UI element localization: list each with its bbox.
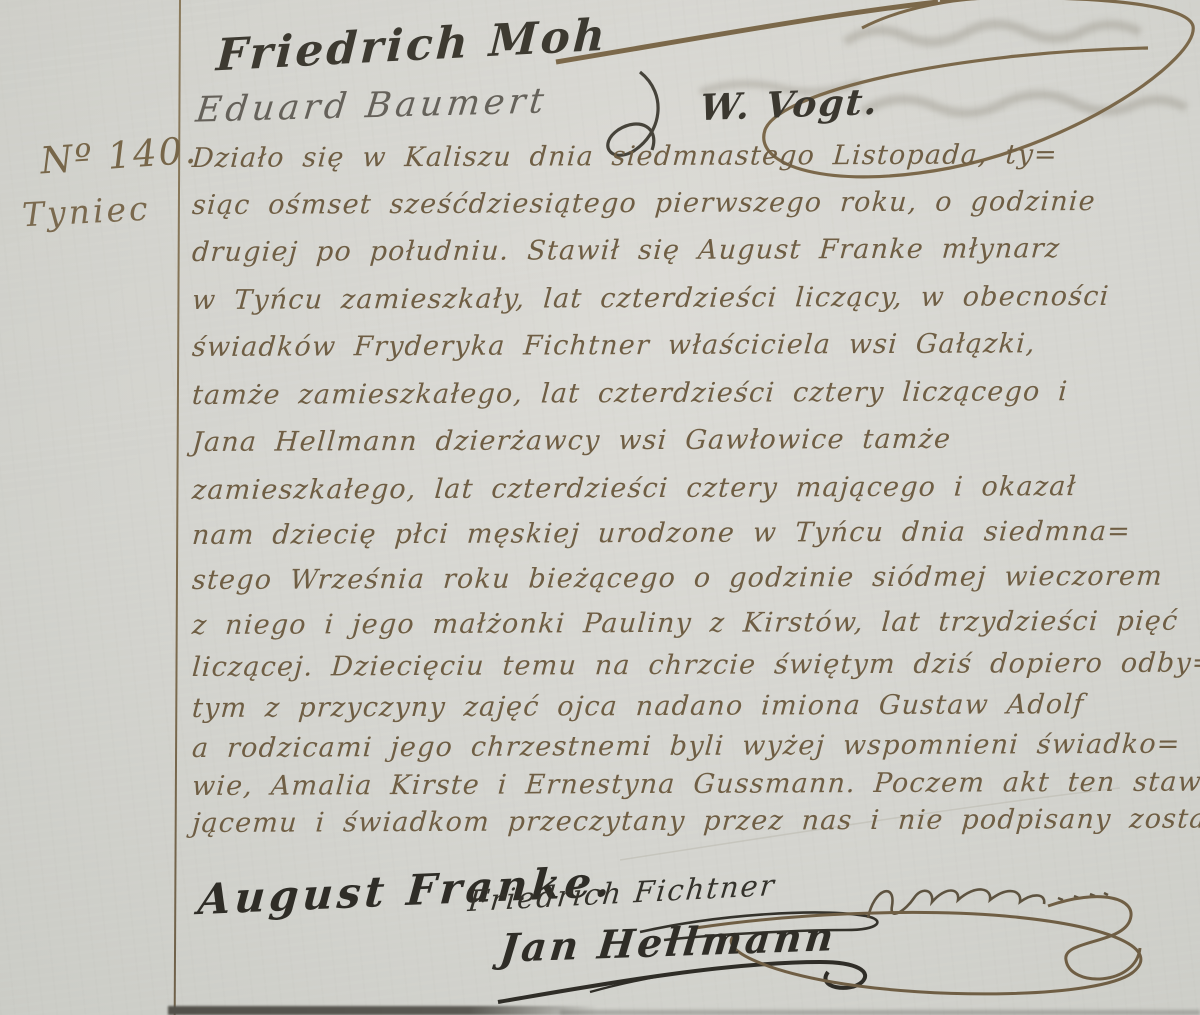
body-line-10: stego Września roku bieżącego o godzinie… bbox=[191, 561, 1164, 596]
signature-friedrich-moh: Friedrich Moh bbox=[215, 10, 609, 82]
body-line-6: tamże zamieszkałego, lat czterdzieści cz… bbox=[191, 376, 1069, 411]
body-line-2: siąc ośmset sześćdziesiątego pierwszego … bbox=[191, 186, 1097, 221]
body-line-14: a rodzicami jego chrzestnemi byli wyżej … bbox=[191, 729, 1182, 764]
scan-edge-shadow-right bbox=[560, 1010, 1200, 1015]
body-line-12: liczącej. Dziecięciu temu na chrzcie świ… bbox=[191, 648, 1200, 683]
body-line-1: Działo się w Kaliszu dnia siedmnastego L… bbox=[191, 139, 1059, 174]
signature-w-vogt: W. Vogt. bbox=[698, 81, 880, 129]
body-line-3: drugiej po południu. Stawił się August F… bbox=[191, 233, 1061, 268]
signature-jan-hellmann: Jan Hellmann bbox=[498, 914, 839, 972]
record-number: Nº 140. bbox=[39, 129, 200, 183]
record-place: Tyniec bbox=[21, 189, 151, 235]
body-line-5: świadków Fryderyka Fichtner właściciela … bbox=[191, 328, 1037, 363]
scan-edge-shadow bbox=[168, 1006, 598, 1015]
registrar-signature-scribble bbox=[868, 889, 1108, 918]
signature-eduard-baumert: Eduard Baumert bbox=[194, 81, 550, 130]
body-line-13: tym z przyczyny zajęć ojca nadano imiona… bbox=[191, 689, 1085, 724]
body-line-9: nam dziecię płci męskiej urodzone w Tyńc… bbox=[191, 516, 1132, 551]
document-scan: Nº 140. Tyniec bbox=[0, 0, 1200, 1015]
body-line-8: zamieszkałego, lat czterdzieści cztery m… bbox=[191, 471, 1078, 506]
body-line-16: jącemu i świadkom przeczytany przez nas … bbox=[191, 803, 1200, 839]
body-line-11: z niego i jego małżonki Pauliny z Kirstó… bbox=[191, 606, 1179, 641]
body-line-15: wie, Amalia Kirste i Ernestyna Gussmann.… bbox=[191, 766, 1200, 802]
body-line-4: w Tyńcu zamieszkały, lat czterdzieści li… bbox=[191, 281, 1111, 316]
body-line-7: Jana Hellmann dzierżawcy wsi Gawłowice t… bbox=[191, 424, 952, 458]
